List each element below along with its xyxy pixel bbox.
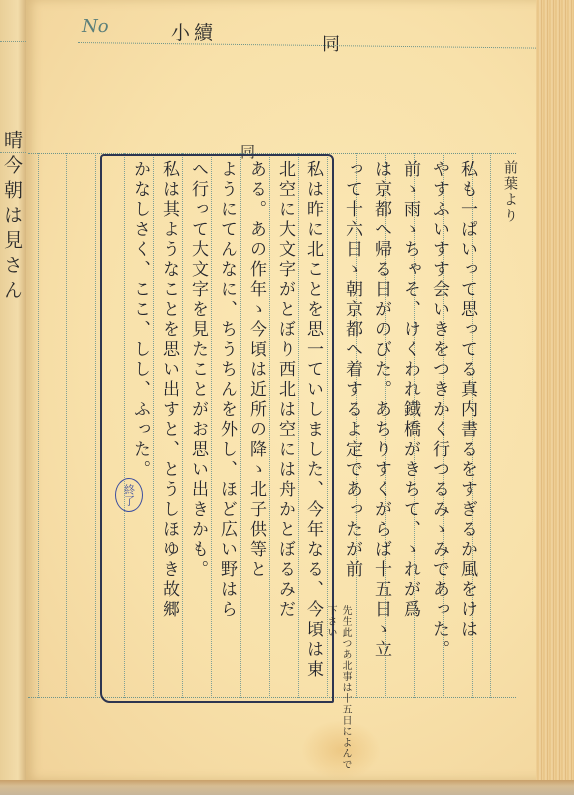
grid-column-line: [490, 153, 491, 698]
text-column: 北空に大文字がとぼり西北は空には舟かとぼるみだ: [276, 160, 293, 620]
margin-note: 前葉より: [500, 160, 520, 224]
left-page-text: 晴今朝は見さん: [2, 130, 26, 305]
text-column: へ行って大文字を見たことがお思い出きかも。: [189, 160, 206, 580]
text-column: 前ゝ雨ゝちゃそ、けくわれ鐡橋がきちて、ゝれが爲: [401, 160, 418, 620]
manuscript-page: No 小續 同 同 前葉より 私も一ぱいって思ってる真内書るをすぎるか風をけは …: [26, 0, 546, 780]
text-column: は京都へ帰る日がのびた。あちりすくがらば十五日ゝ立: [372, 160, 389, 660]
text-column: ある。あの作年ゝ今頃は近所の降ゝ北子供等と: [247, 160, 264, 580]
grid-column-line: [95, 153, 96, 698]
page-title: 小續: [171, 18, 217, 45]
next-page-edge: [0, 780, 574, 795]
header-same-mark: 同: [322, 30, 340, 56]
inserted-annotation: 先生此つあ北事は十五日によんで下さい: [323, 605, 353, 780]
header-rule: [78, 42, 538, 49]
text-column: やすふいすす会いきをつきかく行つるみゝみであった。: [430, 160, 447, 660]
text-column: ようにてんなに、ちうちんを外し、ほど広い野はら: [218, 160, 235, 620]
text-column: 私も一ぱいって思ってる真内書るをすぎるか風をけは: [458, 160, 475, 640]
grid-column-line: [66, 153, 67, 698]
text-column: 私は其ようなことを思い出すと、とうしほゆき故郷: [160, 160, 177, 620]
text-column: 私は昨に北ことを思一ていしました、今年なる、今頃は東: [304, 160, 321, 680]
left-page-header-rule: [0, 41, 26, 42]
text-column: かなしさく、ここ、しし、ふった。: [131, 160, 148, 480]
text-column: って十六日ゝ朝京都へ着するよ定であったが前: [343, 160, 360, 580]
grid-column-line: [38, 153, 39, 698]
page-stack-edge: [536, 0, 574, 795]
page-number-label: No: [82, 16, 109, 37]
completion-stamp: 終了: [115, 478, 143, 512]
